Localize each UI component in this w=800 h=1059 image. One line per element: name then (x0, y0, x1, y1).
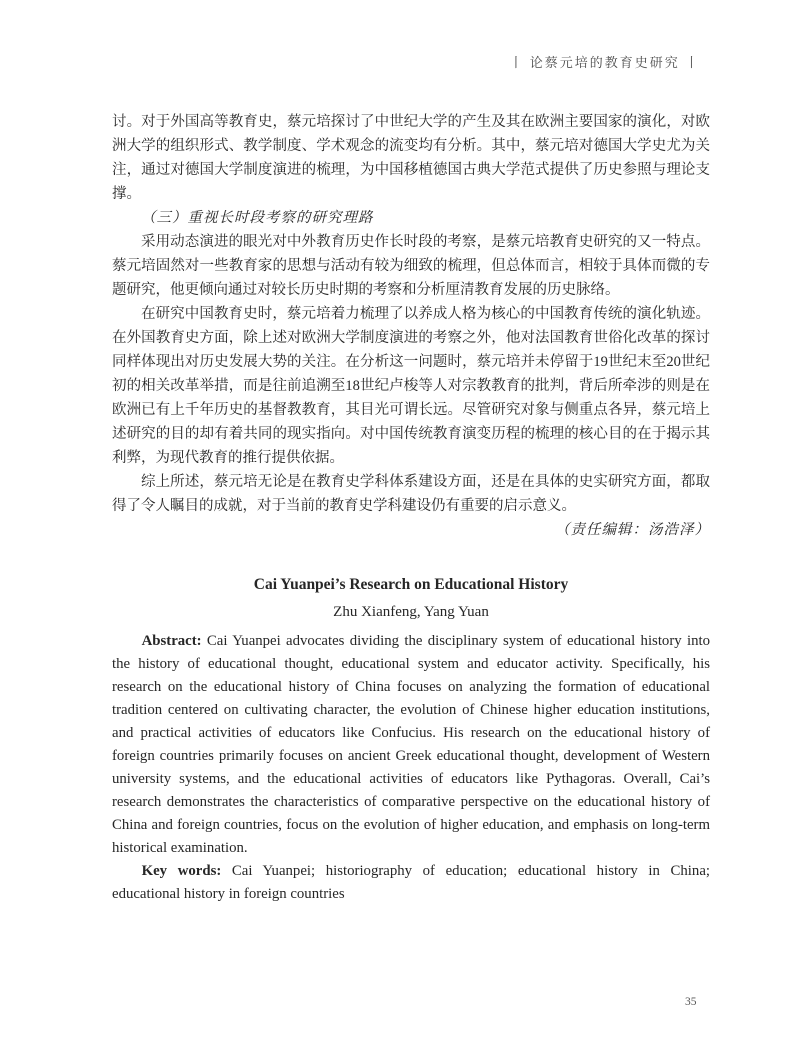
body-paragraph-2: 采用动态演进的眼光对中外教育历史作长时段的考察，是蔡元培教育史研究的又一特点。蔡… (112, 230, 710, 302)
chinese-body: 讨。对于外国高等教育史，蔡元培探讨了中世纪大学的产生及其在欧洲主要国家的演化，对… (112, 110, 710, 542)
keywords-label: Key words: (142, 863, 222, 879)
abstract-label: Abstract: (142, 633, 202, 649)
english-title: Cai Yuanpei’s Research on Educational Hi… (112, 574, 710, 596)
section-subheading: （三）重视长时段考察的研究理路 (112, 206, 710, 230)
running-header: 丨 论蔡元培的教育史研究 丨 (509, 52, 700, 71)
body-paragraph-1: 讨。对于外国高等教育史，蔡元培探讨了中世纪大学的产生及其在欧洲主要国家的演化，对… (112, 110, 710, 206)
body-paragraph-3: 在研究中国教育史时，蔡元培着力梳理了以养成人格为核心的中国教育传统的演化轨迹。在… (112, 302, 710, 470)
editor-note: （责任编辑：汤浩泽） (112, 518, 710, 542)
keywords-paragraph: Key words: Cai Yuanpei; historiography o… (112, 860, 710, 906)
page-number: 35 (685, 996, 697, 1008)
abstract-paragraph: Abstract: Cai Yuanpei advocates dividing… (112, 630, 710, 860)
abstract-text: Cai Yuanpei advocates dividing the disci… (112, 633, 710, 856)
body-paragraph-4: 综上所述，蔡元培无论是在教育史学科体系建设方面，还是在具体的史实研究方面，都取得… (112, 470, 710, 518)
english-authors: Zhu Xianfeng, Yang Yuan (112, 601, 710, 623)
journal-page: 丨 论蔡元培的教育史研究 丨 讨。对于外国高等教育史，蔡元培探讨了中世纪大学的产… (0, 0, 800, 1059)
english-section: Cai Yuanpei’s Research on Educational Hi… (112, 574, 710, 906)
